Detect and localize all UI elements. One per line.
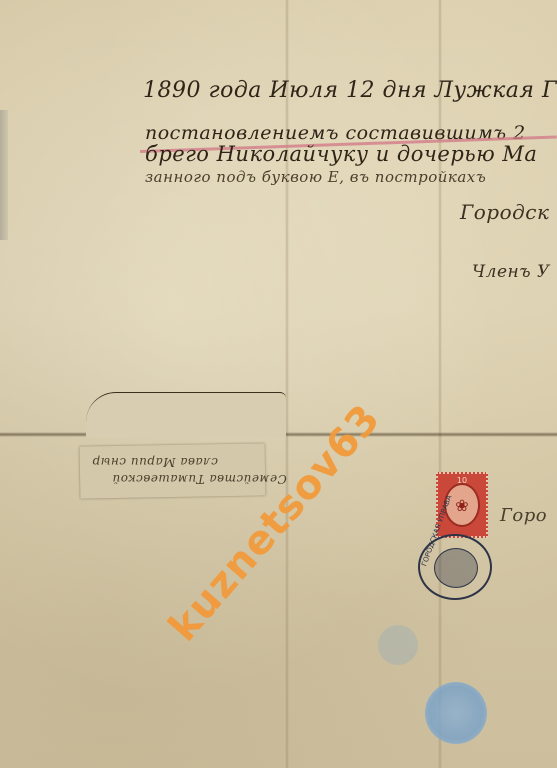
handwritten-line-4: занного подъ буквою Е, въ постройкахъ	[145, 168, 486, 186]
pasted-paper-scrap	[80, 443, 266, 498]
postmark-center	[434, 548, 478, 588]
document-paper	[0, 0, 557, 768]
postmark: ГОРОДСКАЯ УПРАВА	[418, 534, 492, 600]
faint-seal	[378, 625, 418, 665]
handwritten-line-3: брего Николайчуку и дочерью Ма	[145, 142, 537, 166]
scrap-text-2: Семейства Тимашевской	[112, 472, 287, 486]
signature-1: Городск	[460, 200, 549, 224]
handwritten-line-1: 1890 года Июля 12 дня Лужкая Город	[143, 78, 557, 103]
signature-2: Членъ У	[472, 262, 550, 282]
blue-seal	[425, 682, 487, 744]
paper-tear	[86, 392, 286, 438]
left-edge-shadow	[0, 110, 8, 240]
stamp-value: 10	[457, 476, 467, 485]
vertical-fold-right	[438, 0, 442, 768]
scrap-text-1: слава Марии сныр	[92, 455, 218, 469]
signature-3: Горо	[500, 505, 547, 526]
vertical-fold	[285, 0, 289, 768]
